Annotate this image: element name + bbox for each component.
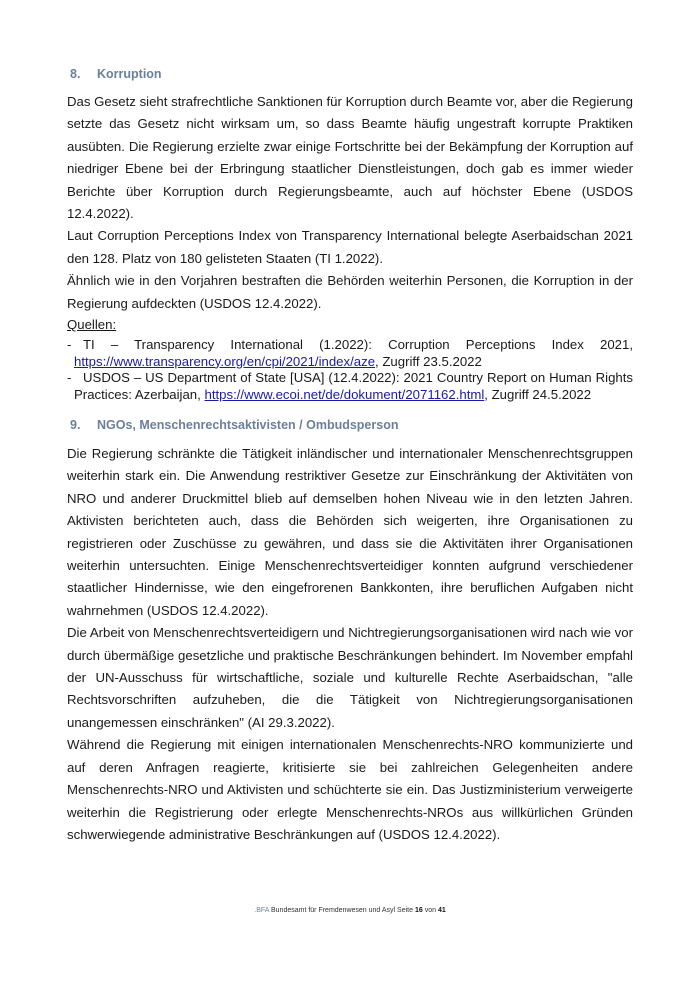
section-title: NGOs, Menschenrechtsaktivisten / Ombudsp… (97, 418, 398, 432)
page-footer: .BFA Bundesamt für Fremdenwesen und Asyl… (0, 907, 700, 914)
total-pages: 41 (438, 907, 446, 914)
section-title: Korruption (97, 67, 162, 81)
paragraph: Das Gesetz sieht strafrechtliche Sanktio… (67, 91, 633, 225)
footer-text: Bundesamt für Fremdenwesen und Asyl Seit… (271, 907, 413, 914)
source-item: - TI – Transparency International (1.202… (67, 337, 633, 370)
section-8-body: Das Gesetz sieht strafrechtliche Sanktio… (67, 91, 633, 315)
section-8-heading: 8.Korruption (70, 67, 162, 81)
section-number: 9. (70, 418, 97, 432)
source-link[interactable]: https://www.ecoi.net/de/dokument/2071162… (204, 387, 484, 402)
list-dash: - (67, 337, 71, 354)
source-text: TI – Transparency International (1.2022)… (74, 337, 633, 354)
section-9-heading: 9.NGOs, Menschenrechtsaktivisten / Ombud… (70, 418, 398, 432)
access-date: , Zugriff 24.5.2022 (484, 387, 591, 402)
current-page: 16 (415, 907, 423, 914)
bfa-logo: .BFA (254, 907, 269, 914)
sources-label: Quellen: (67, 317, 116, 332)
section-9-body: Die Regierung schränkte die Tätigkeit in… (67, 443, 633, 846)
access-date: , Zugriff 23.5.2022 (375, 354, 482, 369)
section-number: 8. (70, 67, 97, 81)
paragraph: Laut Corruption Perceptions Index von Tr… (67, 225, 633, 270)
source-item: - USDOS – US Department of State [USA] (… (67, 370, 633, 403)
list-dash: - (67, 370, 71, 387)
paragraph: Die Arbeit von Menschenrechtsverteidiger… (67, 622, 633, 734)
footer-of: von (425, 907, 436, 914)
paragraph: Die Regierung schränkte die Tätigkeit in… (67, 443, 633, 622)
sources-list: - TI – Transparency International (1.202… (67, 337, 633, 403)
source-link[interactable]: https://www.transparency.org/en/cpi/2021… (74, 354, 375, 369)
paragraph: Während die Regierung mit einigen intern… (67, 734, 633, 846)
paragraph: Ähnlich wie in den Vorjahren bestraften … (67, 270, 633, 315)
